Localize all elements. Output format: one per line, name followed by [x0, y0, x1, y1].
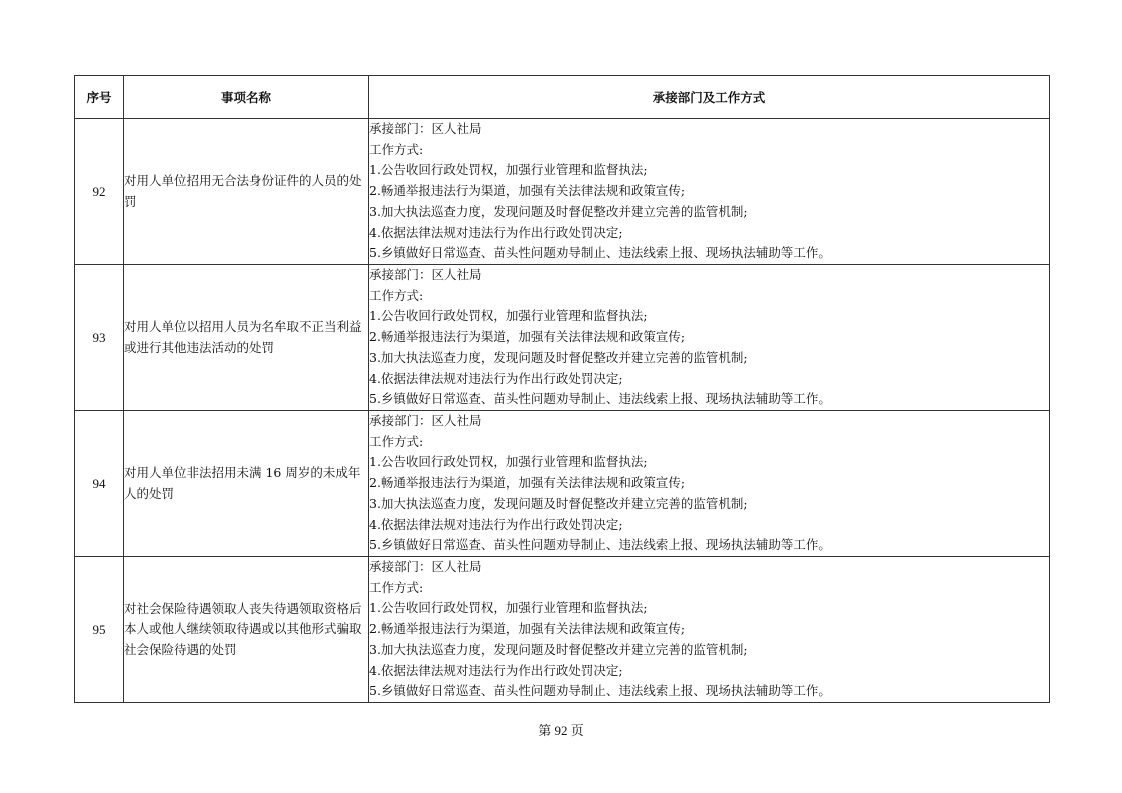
method-label: 工作方式:: [369, 140, 1049, 161]
method-item: 1.公告收回行政处罚权，加强行业管理和监督执法;: [369, 306, 1049, 327]
row-description: 承接部门：区人社局 工作方式: 1.公告收回行政处罚权，加强行业管理和监督执法;…: [369, 557, 1050, 703]
method-label: 工作方式:: [369, 432, 1049, 453]
department-line: 承接部门：区人社局: [369, 557, 1049, 578]
header-serial-number: 序号: [75, 76, 124, 119]
row-matter-name: 对用人单位以招用人员为名牟取不正当利益或进行其他违法活动的处罚: [124, 265, 369, 411]
method-label: 工作方式:: [369, 286, 1049, 307]
method-item: 5.乡镇做好日常巡查、苗头性问题劝导制止、违法线索上报、现场执法辅助等工作。: [369, 243, 1049, 264]
row-description: 承接部门：区人社局 工作方式: 1.公告收回行政处罚权，加强行业管理和监督执法;…: [369, 411, 1050, 557]
method-item: 2.畅通举报违法行为渠道，加强有关法律法规和政策宣传;: [369, 473, 1049, 494]
method-item: 1.公告收回行政处罚权，加强行业管理和监督执法;: [369, 160, 1049, 181]
table-row: 92 对用人单位招用无合法身份证件的人员的处罚 承接部门：区人社局 工作方式: …: [75, 119, 1050, 265]
page-number: 第 92 页: [0, 720, 1122, 739]
row-matter-name: 对社会保险待遇领取人丧失待遇领取资格后本人或他人继续领取待遇或以其他形式骗取社会…: [124, 557, 369, 703]
method-item: 3.加大执法巡查力度，发现问题及时督促整改并建立完善的监管机制;: [369, 348, 1049, 369]
row-serial-number: 93: [75, 265, 124, 411]
row-matter-name: 对用人单位非法招用未满 16 周岁的未成年人的处罚: [124, 411, 369, 557]
header-matter-name: 事项名称: [124, 76, 369, 119]
row-serial-number: 92: [75, 119, 124, 265]
method-item: 4.依据法律法规对违法行为作出行政处罚决定;: [369, 515, 1049, 536]
table-row: 93 对用人单位以招用人员为名牟取不正当利益或进行其他违法活动的处罚 承接部门：…: [75, 265, 1050, 411]
method-item: 4.依据法律法规对违法行为作出行政处罚决定;: [369, 223, 1049, 244]
method-item: 4.依据法律法规对违法行为作出行政处罚决定;: [369, 369, 1049, 390]
method-item: 5.乡镇做好日常巡查、苗头性问题劝导制止、违法线索上报、现场执法辅助等工作。: [369, 681, 1049, 702]
method-item: 1.公告收回行政处罚权，加强行业管理和监督执法;: [369, 598, 1049, 619]
table-row: 94 对用人单位非法招用未满 16 周岁的未成年人的处罚 承接部门：区人社局 工…: [75, 411, 1050, 557]
method-item: 5.乡镇做好日常巡查、苗头性问题劝导制止、违法线索上报、现场执法辅助等工作。: [369, 535, 1049, 556]
department-line: 承接部门：区人社局: [369, 265, 1049, 286]
method-item: 3.加大执法巡查力度，发现问题及时督促整改并建立完善的监管机制;: [369, 494, 1049, 515]
method-label: 工作方式:: [369, 578, 1049, 599]
table-header-row: 序号 事项名称 承接部门及工作方式: [75, 76, 1050, 119]
method-item: 3.加大执法巡查力度，发现问题及时督促整改并建立完善的监管机制;: [369, 202, 1049, 223]
method-item: 5.乡镇做好日常巡查、苗头性问题劝导制止、违法线索上报、现场执法辅助等工作。: [369, 389, 1049, 410]
method-item: 2.畅通举报违法行为渠道，加强有关法律法规和政策宣传;: [369, 181, 1049, 202]
matters-table: 序号 事项名称 承接部门及工作方式 92 对用人单位招用无合法身份证件的人员的处…: [74, 75, 1050, 703]
header-department-method: 承接部门及工作方式: [369, 76, 1050, 119]
row-serial-number: 95: [75, 557, 124, 703]
method-item: 3.加大执法巡查力度，发现问题及时督促整改并建立完善的监管机制;: [369, 640, 1049, 661]
method-item: 4.依据法律法规对违法行为作出行政处罚决定;: [369, 661, 1049, 682]
row-serial-number: 94: [75, 411, 124, 557]
table-row: 95 对社会保险待遇领取人丧失待遇领取资格后本人或他人继续领取待遇或以其他形式骗…: [75, 557, 1050, 703]
department-line: 承接部门：区人社局: [369, 119, 1049, 140]
row-description: 承接部门：区人社局 工作方式: 1.公告收回行政处罚权，加强行业管理和监督执法;…: [369, 265, 1050, 411]
method-item: 2.畅通举报违法行为渠道，加强有关法律法规和政策宣传;: [369, 327, 1049, 348]
method-item: 2.畅通举报违法行为渠道，加强有关法律法规和政策宣传;: [369, 619, 1049, 640]
department-line: 承接部门：区人社局: [369, 411, 1049, 432]
method-item: 1.公告收回行政处罚权，加强行业管理和监督执法;: [369, 452, 1049, 473]
row-matter-name: 对用人单位招用无合法身份证件的人员的处罚: [124, 119, 369, 265]
row-description: 承接部门：区人社局 工作方式: 1.公告收回行政处罚权，加强行业管理和监督执法;…: [369, 119, 1050, 265]
